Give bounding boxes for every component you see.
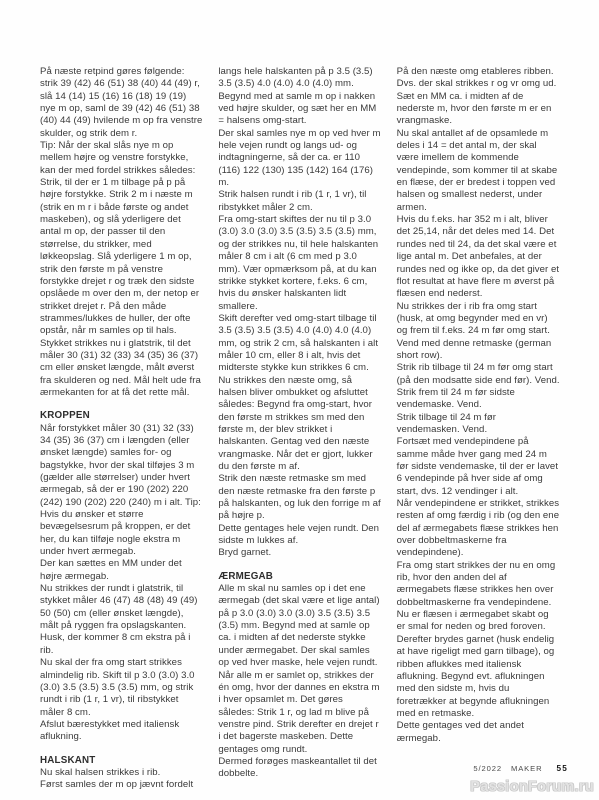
body-paragraph: Nu skal der fra omg start strikkes almin… <box>40 657 203 719</box>
body-paragraph: Når forstykket måler 30 (31) 32 (33) 34 … <box>40 423 203 559</box>
body-paragraph: Der kan sættes en MM under det højre ærm… <box>40 558 203 583</box>
body-paragraph: Dette gentages ved det andet ærmegab. <box>397 720 560 745</box>
body-paragraph: Nu strikkes der rundt i glatstrik, til s… <box>40 583 203 657</box>
body-paragraph: Strik frem til 24 m før sidste vendemask… <box>397 387 560 412</box>
body-paragraph: Nu skal antallet af de opsamlede m deles… <box>397 128 560 214</box>
magazine-page: På næste retpind gøres følgende: strik 3… <box>0 0 599 800</box>
body-paragraph: Bryd garnet. <box>218 547 381 559</box>
body-paragraph: På den næste omg etableres ribben. Dvs. … <box>397 66 560 128</box>
body-paragraph: Vend med denne retmaske (german short ro… <box>397 338 560 363</box>
body-paragraph: Alle m skal nu samles op i det ene ærmeg… <box>218 583 381 669</box>
body-paragraph: Tip: Når der skal slås nye m op mellem h… <box>40 140 203 177</box>
page-footer: 5/2022 MAKER 55 <box>473 764 568 773</box>
section-heading: HALSKANT <box>40 755 203 767</box>
body-paragraph: Fra omg start strikkes der nu en omg rib… <box>397 560 560 609</box>
watermark: PassionForum.ru <box>470 779 594 795</box>
text-column-2: langs hele halskanten på p 3.5 (3.5) 3.5… <box>218 66 381 792</box>
text-column-1: På næste retpind gøres følgende: strik 3… <box>40 66 203 792</box>
body-paragraph: Hvis du f.eks. har 352 m i alt, bliver d… <box>397 214 560 300</box>
body-paragraph: Strik tilbage til 24 m før vendemasken. … <box>397 412 560 437</box>
body-paragraph: Nu strikkes den næste omg, så halsen bli… <box>218 375 381 474</box>
body-paragraph: Strik den næste retmaske sm med den næst… <box>218 473 381 522</box>
text-columns: På næste retpind gøres følgende: strik 3… <box>40 66 560 792</box>
body-paragraph: Nu er flæsen i ærmegabet skabt og er sma… <box>397 609 560 634</box>
body-paragraph: Dermed forøges maskeantallet til det dob… <box>218 756 381 781</box>
body-paragraph: Fra omg-start skiftes der nu til p 3.0 (… <box>218 214 381 313</box>
text-column-3: På den næste omg etableres ribben. Dvs. … <box>397 66 560 792</box>
body-paragraph: Når vendepindene er strikket, strikkes r… <box>397 498 560 560</box>
body-paragraph: Fortsæt med vendepindene på samme måde h… <box>397 436 560 498</box>
body-paragraph: Strik, til der er 1 m tilbage på p på hø… <box>40 177 203 337</box>
body-paragraph: Strik rib tilbage til 24 m før omg start… <box>397 362 560 387</box>
body-paragraph: Nu strikkes der i rib fra omg start (hus… <box>397 301 560 338</box>
body-paragraph: Nu skal halsen strikkes i rib. <box>40 767 203 779</box>
body-paragraph: Der skal samles nye m op ved hver m hele… <box>218 128 381 190</box>
section-heading: ÆRMEGAB <box>218 571 381 583</box>
footer-page-number: 55 <box>556 764 568 773</box>
body-paragraph: Når alle m er samlet op, strikkes der én… <box>218 670 381 756</box>
body-paragraph: Først samles der m op jævnt fordelt <box>40 779 203 791</box>
section-heading: KROPPEN <box>40 410 203 422</box>
body-paragraph: Dette gentages hele vejen rundt. Den sid… <box>218 523 381 548</box>
body-paragraph: Stykket strikkes nu i glatstrik, til det… <box>40 338 203 400</box>
body-paragraph: langs hele halskanten på p 3.5 (3.5) 3.5… <box>218 66 381 128</box>
footer-magazine-title: MAKER <box>511 764 543 773</box>
body-paragraph: På næste retpind gøres følgende: strik 3… <box>40 66 203 140</box>
body-paragraph: Derefter brydes garnet (husk endelig at … <box>397 634 560 720</box>
footer-issue: 5/2022 <box>473 764 502 773</box>
body-paragraph: Strik halsen rundt i rib (1 r, 1 vr), ti… <box>218 189 381 214</box>
body-paragraph: Skift derefter ved omg-start tilbage til… <box>218 313 381 375</box>
body-paragraph: Afslut bærestykket med italiensk aflukni… <box>40 719 203 744</box>
